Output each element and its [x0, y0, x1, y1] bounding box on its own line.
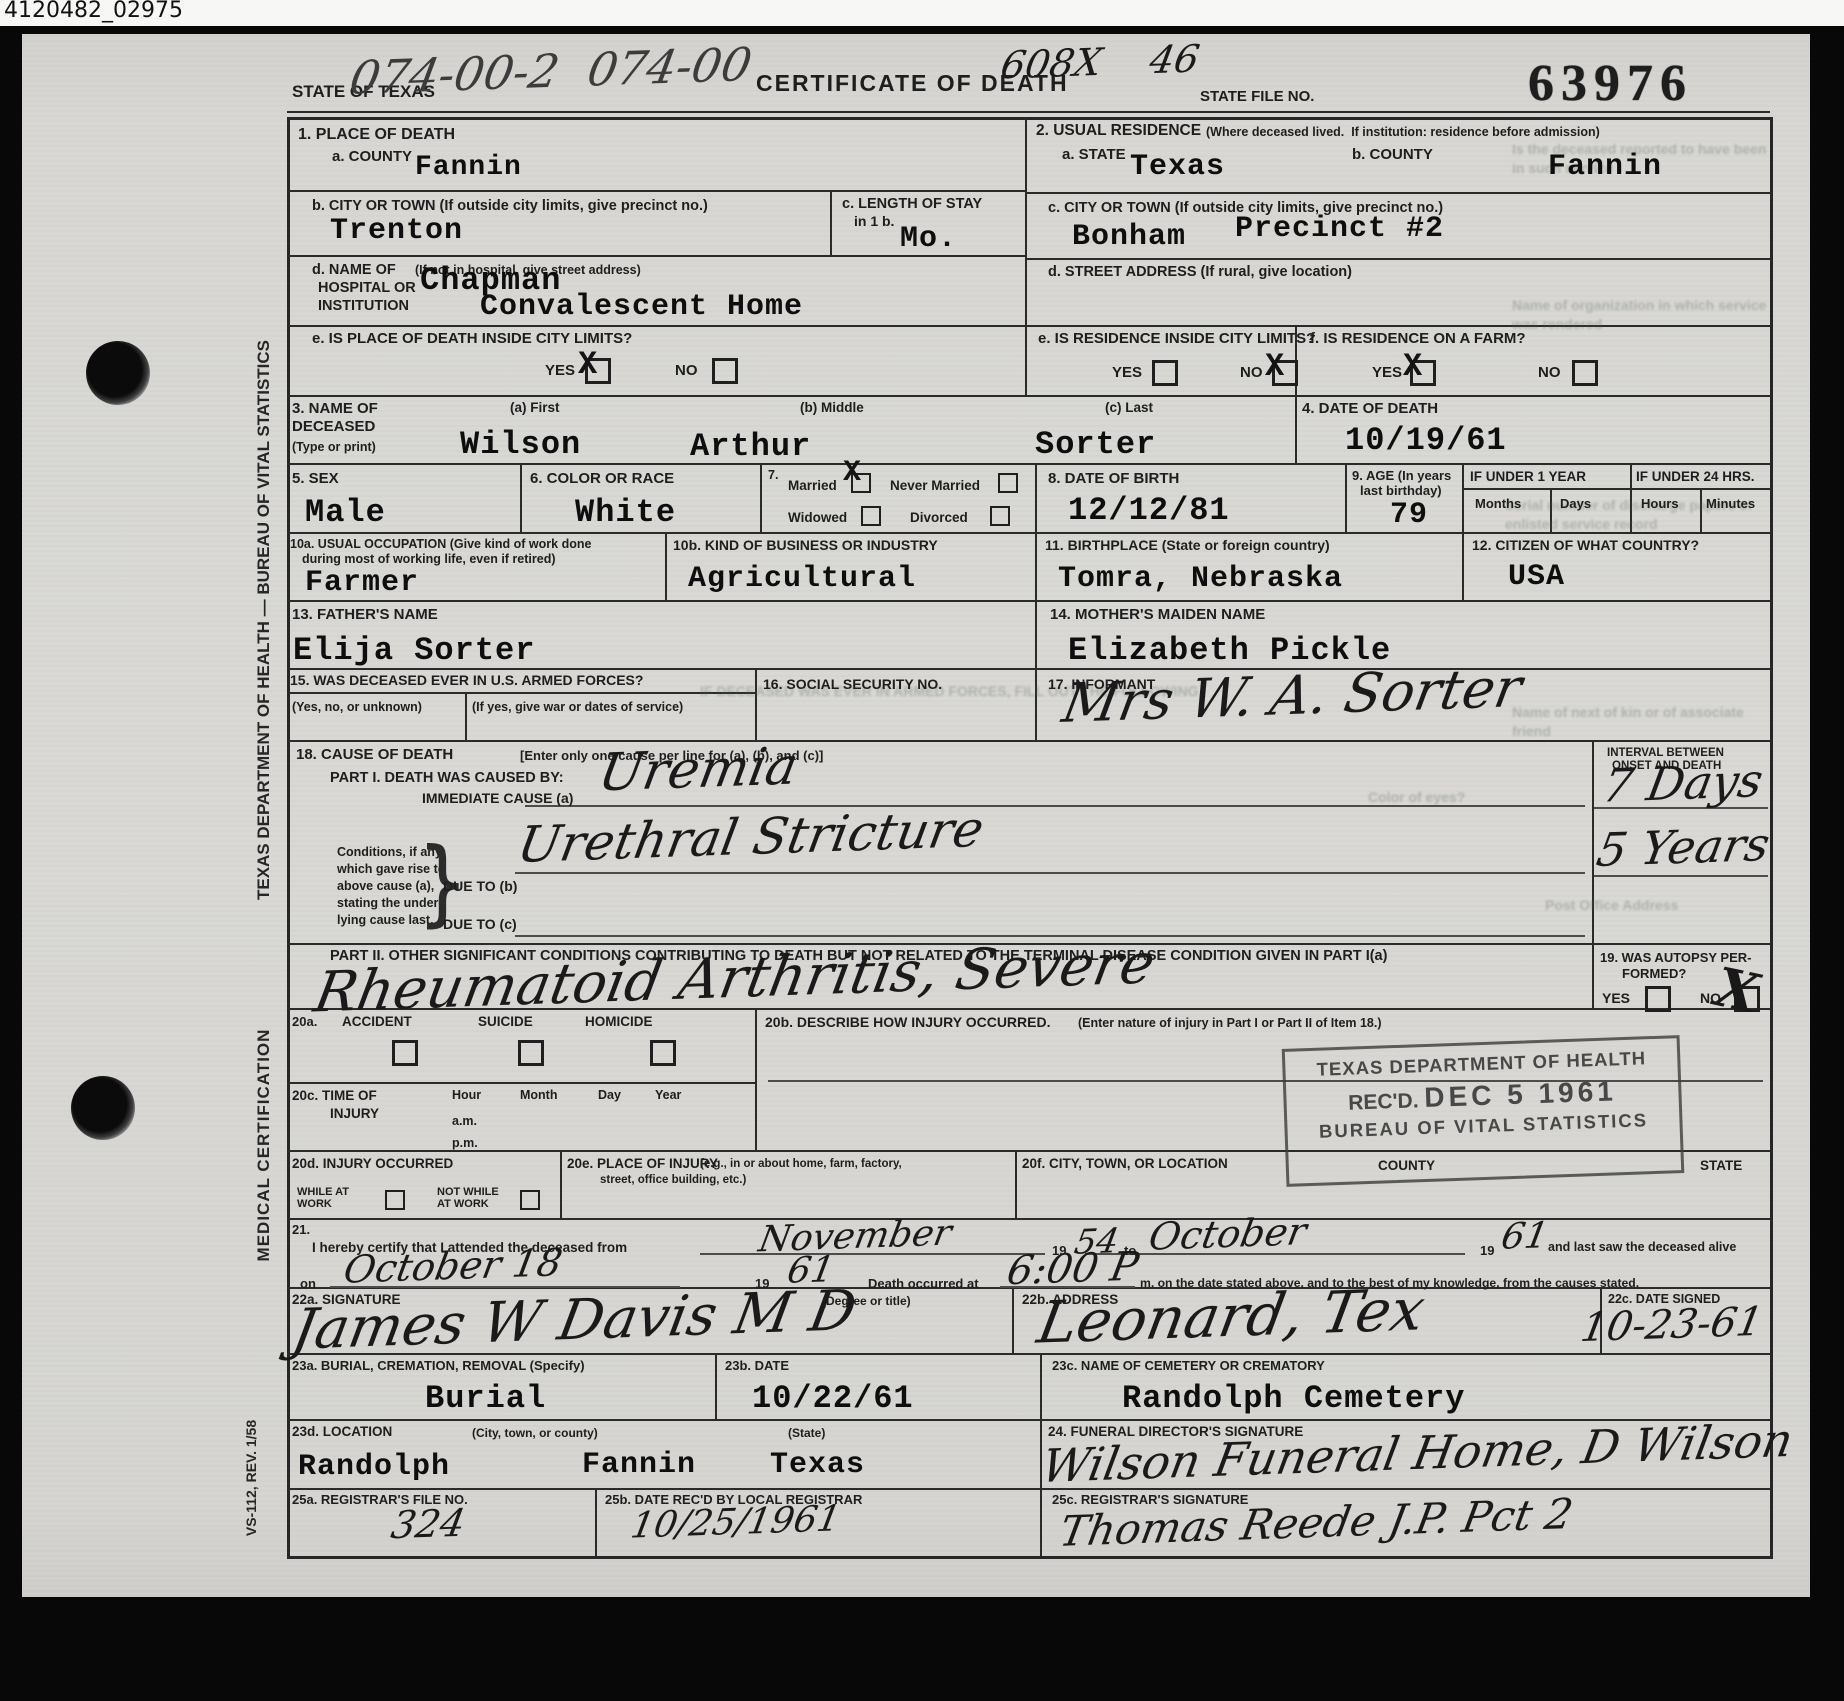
field-16-label: 16. SOCIAL SECURITY NO. — [763, 676, 942, 692]
field-1b-label: b. CITY OR TOWN (If outside city limits,… — [312, 198, 708, 214]
field-13-label: 13. FATHER'S NAME — [292, 606, 438, 623]
field-20e-label: 20e. PLACE OF INJURY — [567, 1156, 718, 1171]
field-2e-label: e. IS RESIDENCE INSIDE CITY LIMITS? — [1038, 330, 1315, 347]
residence-precinct-value: Precinct #2 — [1235, 212, 1444, 246]
field-7-widowed-label: Widowed — [788, 510, 847, 525]
field-23d-label: 23d. LOCATION — [292, 1424, 392, 1439]
field-20c-label: 20c. TIME OF — [292, 1088, 377, 1103]
race-value: White — [575, 494, 676, 531]
residence-city-value: Bonham — [1072, 220, 1186, 254]
first-name-value: Wilson — [460, 426, 581, 463]
occupation-value: Farmer — [305, 566, 419, 600]
mark-married: X — [843, 456, 861, 490]
checkbox-residence-farm-no — [1572, 360, 1598, 386]
homicide-label: HOMICIDE — [585, 1014, 653, 1029]
field-1c-label2: in 1 b. — [854, 213, 894, 229]
sex-value: Male — [305, 494, 386, 531]
field-9-label: 9. AGE (In years — [1352, 468, 1451, 483]
field-1d-label: d. NAME OF — [312, 262, 396, 278]
place-county-value: Fannin — [415, 152, 522, 183]
mark-place-inside-city-yes: X — [578, 346, 597, 383]
burial-location-state: Texas — [770, 1448, 865, 1482]
grid-line — [1035, 668, 1037, 740]
field-7-never-married-label: Never Married — [890, 478, 980, 493]
checkbox-residence-inside-city-yes — [1152, 360, 1178, 386]
field-18-title: 18. CAUSE OF DEATH — [296, 746, 453, 763]
grid-line — [760, 463, 762, 532]
grid-line — [1040, 1488, 1042, 1556]
field-1e-label: e. IS PLACE OF DEATH INSIDE CITY LIMITS? — [312, 330, 632, 347]
hour-label: Hour — [452, 1088, 481, 1102]
field-9-label2: last birthday) — [1360, 483, 1442, 498]
immediate-cause-label: IMMEDIATE CAUSE (a) — [422, 790, 573, 806]
stamp-date: DEC 5 1961 — [1424, 1075, 1618, 1113]
grid-line — [1462, 532, 1464, 600]
stamp-recd-label: REC'D. — [1348, 1089, 1419, 1114]
year-label: Year — [655, 1088, 681, 1102]
while-at-work-label2: WORK — [297, 1198, 332, 1210]
field-15-sub1: (Yes, no, or unknown) — [292, 700, 422, 714]
pm-label: p.m. — [452, 1136, 478, 1150]
scanned-death-certificate: 4120482_02975 TEXAS DEPARTMENT OF HEALTH… — [0, 0, 1844, 1701]
writing-line — [515, 872, 1585, 874]
residence-county-value: Fannin — [1548, 150, 1662, 184]
received-stamp: TEXAS DEPARTMENT OF HEALTH REC'D. DEC 5 … — [1282, 1035, 1685, 1187]
field-3c-label: (c) Last — [1105, 400, 1153, 415]
interval-a-value: 7 Days — [1599, 753, 1767, 812]
grid-line — [715, 1353, 717, 1419]
grid-line — [287, 600, 1770, 602]
birthplace-value: Tomra, Nebraska — [1058, 562, 1343, 596]
grid-line — [287, 1082, 755, 1084]
burial-location-county: Fannin — [582, 1448, 696, 1482]
field-20b-note: (Enter nature of injury in Part I or Par… — [1078, 1016, 1382, 1030]
field-15-label: 15. WAS DECEASED EVER IN U.S. ARMED FORC… — [290, 672, 643, 688]
grid-line — [287, 190, 1025, 192]
place-city-value: Trenton — [330, 214, 463, 248]
field-3b-label: (b) Middle — [800, 400, 864, 415]
grid-line — [560, 1150, 562, 1218]
checkbox-suicide — [518, 1040, 544, 1066]
mark-residence-inside-city-no: X — [1265, 348, 1284, 385]
margin-dept-text: TEXAS DEPARTMENT OF HEALTH — BUREAU OF V… — [254, 340, 274, 900]
date-received-value: 10/25/1961 — [628, 1498, 844, 1546]
field-2f-label: f. IS RESIDENCE ON A FARM? — [1310, 330, 1526, 347]
field-20d-label: 20d. INJURY OCCURRED — [292, 1156, 453, 1171]
grid-line — [665, 532, 667, 600]
field-8-label: 8. DATE OF BIRTH — [1048, 470, 1179, 487]
last-seen-date: October 18 — [340, 1240, 565, 1292]
due-to-b-label: DUE TO (b) — [443, 878, 517, 894]
not-while-at-work-label2: AT WORK — [437, 1198, 489, 1210]
field-2a-label: a. STATE — [1062, 146, 1126, 163]
bleedthrough-text: Name of next of kin or of associate frie… — [1512, 703, 1782, 741]
field-2e-no-label: NO — [1240, 364, 1263, 381]
am-label: a.m. — [452, 1114, 477, 1128]
field-14-label: 14. MOTHER'S MAIDEN NAME — [1050, 606, 1265, 623]
days-label: Days — [1560, 496, 1591, 511]
hours-label: Hours — [1641, 496, 1679, 511]
checkbox-while-at-work — [385, 1190, 405, 1210]
field-2f-yes-label: YES — [1372, 364, 1402, 381]
certify-text-3: Death occurred at — [868, 1276, 979, 1291]
date-of-death-value: 10/19/61 — [1345, 422, 1507, 459]
bleedthrough-text: Post Office Address — [1545, 896, 1765, 915]
punch-hole — [86, 341, 150, 405]
scan-code: 4120482_02975 — [4, 0, 183, 23]
grid-line — [1040, 1353, 1042, 1419]
field-19-label2: FORMED? — [1622, 966, 1686, 981]
burial-date-value: 10/22/61 — [752, 1380, 914, 1417]
grid-line — [465, 692, 467, 740]
checkbox-not-while-at-work — [520, 1190, 540, 1210]
burial-location-city: Randolph — [298, 1450, 450, 1484]
industry-value: Agricultural — [688, 562, 916, 596]
margin-form-number: VS-112, REV. 1/58 — [243, 1420, 259, 1536]
field-10b-label: 10b. KIND OF BUSINESS OR INDUSTRY — [673, 537, 938, 553]
part1-label: PART I. DEATH WAS CAUSED BY: — [330, 770, 564, 786]
attended-to-year: 61 — [1498, 1215, 1551, 1258]
grid-line — [520, 463, 522, 532]
grid-line — [1012, 1287, 1014, 1353]
checkbox-never-married — [998, 473, 1018, 493]
field-1d-label2: HOSPITAL OR — [318, 280, 416, 296]
grid-line — [595, 1488, 597, 1556]
physician-address: Leonard, Tex — [1033, 1275, 1430, 1356]
certificate-number: 63976 — [1528, 54, 1693, 113]
grid-line — [1035, 463, 1037, 532]
grid-line — [287, 325, 1025, 327]
punch-hole — [71, 1076, 135, 1140]
field-2d-label: d. STREET ADDRESS (If rural, give locati… — [1048, 264, 1352, 280]
grid-line — [287, 463, 1770, 465]
margin-medical-certification: MEDICAL CERTIFICATION — [254, 1029, 274, 1262]
checkbox-homicide — [650, 1040, 676, 1066]
field-20e-note: (e.g., in or about home, farm, factory, — [700, 1158, 902, 1170]
field-11-label: 11. BIRTHPLACE (State or foreign country… — [1045, 537, 1330, 553]
field-3-label2: DECEASED — [292, 418, 375, 435]
date-of-birth-value: 12/12/81 — [1068, 492, 1230, 529]
field-4-label: 4. DATE OF DEATH — [1302, 400, 1438, 417]
field-2e-yes-label: YES — [1112, 364, 1142, 381]
field-2-title: 2. USUAL RESIDENCE — [1036, 122, 1201, 140]
field-2b-label: b. COUNTY — [1352, 146, 1433, 163]
field-1a-label: a. COUNTY — [332, 148, 412, 165]
field-1c-label: c. LENGTH OF STAY — [842, 196, 982, 212]
mark-residence-farm-yes: X — [1403, 348, 1422, 385]
father-name-value: Elija Sorter — [293, 632, 535, 669]
grid-line — [755, 1008, 757, 1150]
grid-line — [1025, 258, 1770, 260]
field-20c-label2: INJURY — [330, 1106, 379, 1121]
field-7-label: 7. — [768, 468, 778, 482]
checkbox-widowed — [861, 506, 881, 526]
certify-19b: 19 — [1480, 1243, 1494, 1258]
burial-value: Burial — [425, 1380, 546, 1417]
field-1e-yes-label: YES — [545, 362, 575, 379]
field-15-sub2: (If yes, give war or dates of service) — [472, 700, 683, 714]
grid-line — [755, 668, 757, 740]
field-23b-label: 23b. DATE — [725, 1358, 789, 1373]
state-column-label: STATE — [1700, 1158, 1742, 1173]
grid-line — [1015, 1150, 1017, 1218]
field-1e-no-label: NO — [675, 362, 698, 379]
field-21-label: 21. — [292, 1222, 310, 1237]
field-1-title: 1. PLACE OF DEATH — [298, 126, 455, 144]
grid-line — [1025, 192, 1770, 194]
residence-state-value: Texas — [1130, 150, 1225, 184]
certify-on: on — [300, 1276, 316, 1291]
checkbox-place-inside-city-no — [712, 358, 738, 384]
bleedthrough-text: Color of eyes? — [1368, 788, 1548, 807]
day-label: Day — [598, 1088, 621, 1102]
last-name-value: Sorter — [1035, 426, 1156, 463]
grid-line — [1345, 463, 1347, 532]
state-file-no-label: STATE FILE NO. — [1200, 88, 1314, 105]
checkbox-autopsy-yes — [1645, 986, 1671, 1012]
grid-line — [1035, 532, 1037, 600]
field-10a-label: 10a. USUAL OCCUPATION (Give kind of work… — [290, 537, 591, 551]
grid-line — [1462, 463, 1464, 532]
field-3-label1: 3. NAME OF — [292, 400, 378, 417]
institution-value-line2: Convalescent Home — [480, 290, 803, 324]
registrar-file-no-value: 324 — [388, 1501, 469, 1548]
while-at-work-label1: WHILE AT — [297, 1186, 349, 1198]
grid-line — [1025, 117, 1027, 395]
grid-line — [1035, 600, 1037, 668]
field-3a-label: (a) First — [510, 400, 560, 415]
citizenship-value: USA — [1508, 560, 1565, 594]
middle-name-value: Arthur — [690, 428, 811, 465]
bleedthrough-text: Name of organization in which service wa… — [1512, 296, 1782, 334]
field-10a-label2: during most of working life, even if ret… — [302, 552, 556, 566]
checkbox-divorced — [990, 506, 1010, 526]
grid-line — [287, 692, 755, 694]
field-7-divorced-label: Divorced — [910, 510, 968, 525]
checkbox-accident — [392, 1040, 418, 1066]
months-label: Months — [1475, 496, 1521, 511]
field-20e-note2: street, office building, etc.) — [600, 1174, 746, 1186]
month-label: Month — [520, 1088, 557, 1102]
attended-to-month: October — [1146, 1209, 1310, 1258]
field-12-label: 12. CITIZEN OF WHAT COUNTRY? — [1472, 537, 1699, 553]
field-23c-label: 23c. NAME OF CEMETERY OR CREMATORY — [1052, 1358, 1325, 1373]
field-6-label: 6. COLOR OR RACE — [530, 470, 674, 487]
under-24-hrs-header: IF UNDER 24 HRS. — [1636, 469, 1755, 484]
length-of-stay-value: Mo. — [900, 222, 957, 256]
field-20f-label: 20f. CITY, TOWN, OR LOCATION — [1022, 1156, 1228, 1171]
field-20b-label: 20b. DESCRIBE HOW INJURY OCCURRED. — [765, 1014, 1050, 1030]
certify-text-2: and last saw the deceased alive — [1548, 1240, 1736, 1254]
handwritten-file-number: 608X 46 — [997, 37, 1202, 88]
field-3-label3: (Type or print) — [292, 440, 376, 454]
interval-b-value: 5 Years — [1593, 817, 1774, 877]
date-signed-value: 10-23-61 — [1577, 1299, 1766, 1351]
due-to-c-label: DUE TO (c) — [443, 916, 517, 932]
cemetery-value: Randolph Cemetery — [1122, 1380, 1465, 1417]
field-23d-sub1: (City, town, or county) — [472, 1426, 598, 1440]
grid-line — [1462, 488, 1770, 490]
age-value: 79 — [1390, 498, 1428, 532]
field-19-yes-label: YES — [1602, 990, 1630, 1006]
field-5-label: 5. SEX — [292, 470, 339, 487]
cause-a-value: Uremia — [594, 737, 802, 804]
field-23d-sub2: (State) — [788, 1426, 825, 1440]
attended-from-month: November — [756, 1213, 955, 1261]
grid-line — [287, 395, 1770, 397]
under-1-year-header: IF UNDER 1 YEAR — [1470, 469, 1586, 484]
field-2-note: (Where deceased lived. If institution: r… — [1206, 125, 1600, 139]
field-1d-label3: INSTITUTION — [318, 298, 409, 314]
field-7-married-label: Married — [788, 478, 837, 493]
field-2f-no-label: NO — [1538, 364, 1561, 381]
not-while-at-work-label1: NOT WHILE — [437, 1186, 499, 1198]
grid-line — [830, 190, 832, 255]
scan-label-strip: 4120482_02975 — [0, 0, 1844, 26]
minutes-label: Minutes — [1706, 496, 1755, 511]
